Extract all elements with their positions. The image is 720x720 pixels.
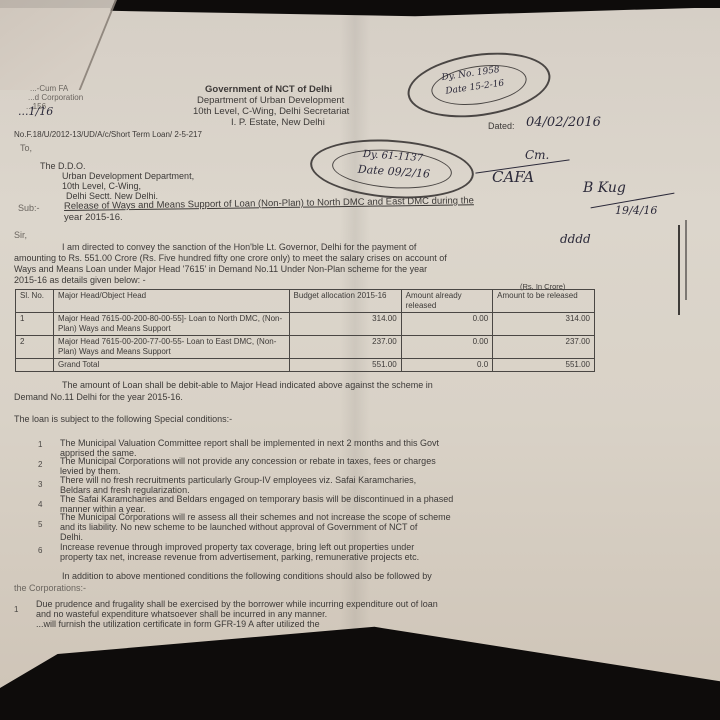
cell-empty (16, 359, 54, 372)
handwritten-initials: CAFA (492, 168, 534, 186)
org-line-level: 10th Level, C-Wing, Delhi Secretariat (193, 106, 349, 117)
cell-sl: 2 (16, 336, 54, 359)
salutation: Sir, (14, 230, 27, 241)
subject-text-cont: year 2015-16. (64, 212, 123, 223)
handwritten-initials: B Kug (583, 180, 626, 196)
condition-number: 2 (38, 460, 42, 469)
condition-number: 3 (38, 480, 42, 489)
cell-total-released: 0.0 (401, 359, 493, 372)
org-line-govt: Government of NCT of Delhi (205, 84, 332, 95)
table-row: 1 Major Head 7615-00-200-80-00-55]- Loan… (16, 313, 595, 336)
condition-number: 5 (38, 520, 42, 529)
cell-sl: 1 (16, 313, 54, 336)
table-header-row: Sl. No. Major Head/Object Head Budget al… (16, 290, 595, 313)
table-row: 2 Major Head 7615-00-200-77-00-55- Loan … (16, 336, 595, 359)
margin-line (685, 220, 687, 300)
cell-head: Major Head 7615-00-200-77-00-55- Loan to… (54, 336, 290, 359)
dated-label: Dated: (488, 121, 515, 132)
cell-budget: 314.00 (289, 313, 401, 336)
conditions-intro: The loan is subject to the following Spe… (14, 414, 232, 425)
dated-value: 04/02/2016 (526, 115, 601, 130)
cell-budget: 237.00 (289, 336, 401, 359)
loan-table: Sl. No. Major Head/Object Head Budget al… (15, 289, 595, 372)
body-para-line: I am directed to convey the sanction of … (62, 242, 416, 253)
table-total-row: Grand Total 551.00 0.0 551.00 (16, 359, 595, 372)
handwritten-date: 19/4/16 (615, 204, 657, 217)
org-line-address: I. P. Estate, New Delhi (231, 117, 325, 128)
cell-released: 0.00 (401, 313, 493, 336)
condition-number: 4 (38, 500, 42, 509)
body-para-line: the Corporations:- (14, 583, 86, 594)
condition-text: and its liability. No new scheme to be l… (60, 522, 417, 533)
body-para-line: 2015-16 as details given below: - (14, 275, 146, 286)
cell-to-release: 237.00 (493, 336, 595, 359)
handwritten-note: dddd (560, 232, 591, 246)
subject-label: Sub:- (18, 203, 40, 214)
cell-released: 0.00 (401, 336, 493, 359)
body-para-line: The amount of Loan shall be debit-able t… (62, 380, 433, 391)
condition-number: 6 (38, 546, 42, 555)
cell-head: Major Head 7615-00-200-80-00-55]- Loan t… (54, 313, 290, 336)
body-para-line: Ways and Means Loan under Major Head '76… (14, 264, 427, 275)
header-cell: Amount already released (401, 290, 493, 313)
cell-to-release: 314.00 (493, 313, 595, 336)
left-header-handwritten: ...1/16 (18, 105, 53, 118)
body-para-line: Demand No.11 Delhi for the year 2015-16. (14, 392, 183, 403)
margin-line (678, 225, 680, 315)
to-label: To, (20, 143, 32, 154)
header-cell: Major Head/Object Head (54, 290, 290, 313)
cell-total-label: Grand Total (54, 359, 290, 372)
header-cell: Budget allocation 2015-16 (289, 290, 401, 313)
condition-text: property tax net, increase revenue from … (60, 552, 419, 563)
handwritten-note: Cm. (525, 148, 549, 162)
org-line-dept: Department of Urban Development (197, 95, 344, 106)
body-para-line: amounting to Rs. 551.00 Crore (Rs. Five … (14, 253, 447, 264)
condition-text: ...will furnish the utilization certific… (36, 619, 320, 630)
condition-number: 1 (14, 605, 18, 614)
condition-number: 1 (38, 440, 42, 449)
header-cell: Amount to be released (493, 290, 595, 313)
cell-total-budget: 551.00 (289, 359, 401, 372)
header-cell: Sl. No. (16, 290, 54, 313)
body-para-line: In addition to above mentioned condition… (62, 571, 432, 582)
file-number: No.F.18/U/2012-13/UD/A/c/Short Term Loan… (14, 129, 202, 140)
cell-total-to-release: 551.00 (493, 359, 595, 372)
